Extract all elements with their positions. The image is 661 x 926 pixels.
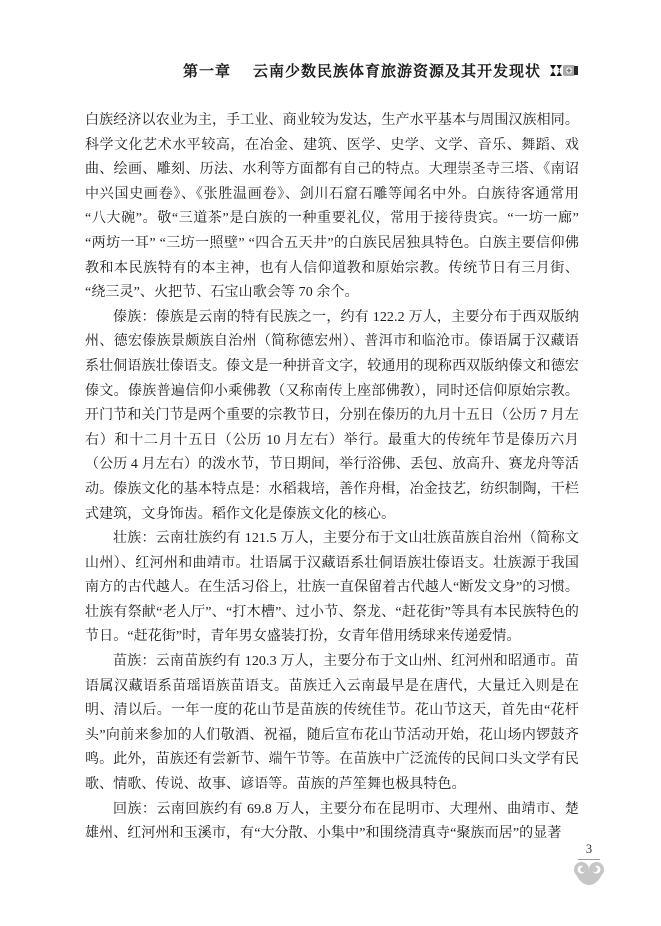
chapter-number: 第一章 — [183, 60, 231, 81]
paragraph-miao-ethnic: 苗族：云南苗族约有 120.3 万人，主要分布于文山州、红河州和昭通市。苗语属汉… — [85, 650, 579, 798]
running-header: 第一章 云南少数民族体育旅游资源及其开发现状 — [0, 60, 579, 81]
page-body-text: 白族经济以农业为主，手工业、商业较为发达，生产水平基本与周围汉族相同。科学文化艺… — [85, 109, 579, 847]
cloud-ornament-icon — [567, 862, 611, 886]
page-folio: 3 — [567, 840, 611, 886]
book-page: 第一章 云南少数民族体育旅游资源及其开发现状 白族经济以农业为主，手工业、商业较… — [0, 0, 661, 926]
paragraph-dai-ethnic: 傣族：傣族是云南的特有民族之一，约有 122.2 万人，主要分布于西双版纳州、德… — [85, 306, 579, 527]
chapter-title: 云南少数民族体育旅游资源及其开发现状 — [253, 60, 541, 81]
chapter-ornament-icon — [549, 62, 579, 79]
page-number: 3 — [578, 842, 600, 860]
paragraph-zhuang-ethnic: 壮族：云南壮族约有 121.5 万人，主要分布于文山壮族苗族自治州（简称文山州）… — [85, 527, 579, 650]
paragraph-hui-ethnic: 回族：云南回族约有 69.8 万人，主要分布在昆明市、大理州、曲靖市、楚雄州、红… — [85, 798, 579, 847]
paragraph-bai-ethnic: 白族经济以农业为主，手工业、商业较为发达，生产水平基本与周围汉族相同。科学文化艺… — [85, 109, 579, 306]
